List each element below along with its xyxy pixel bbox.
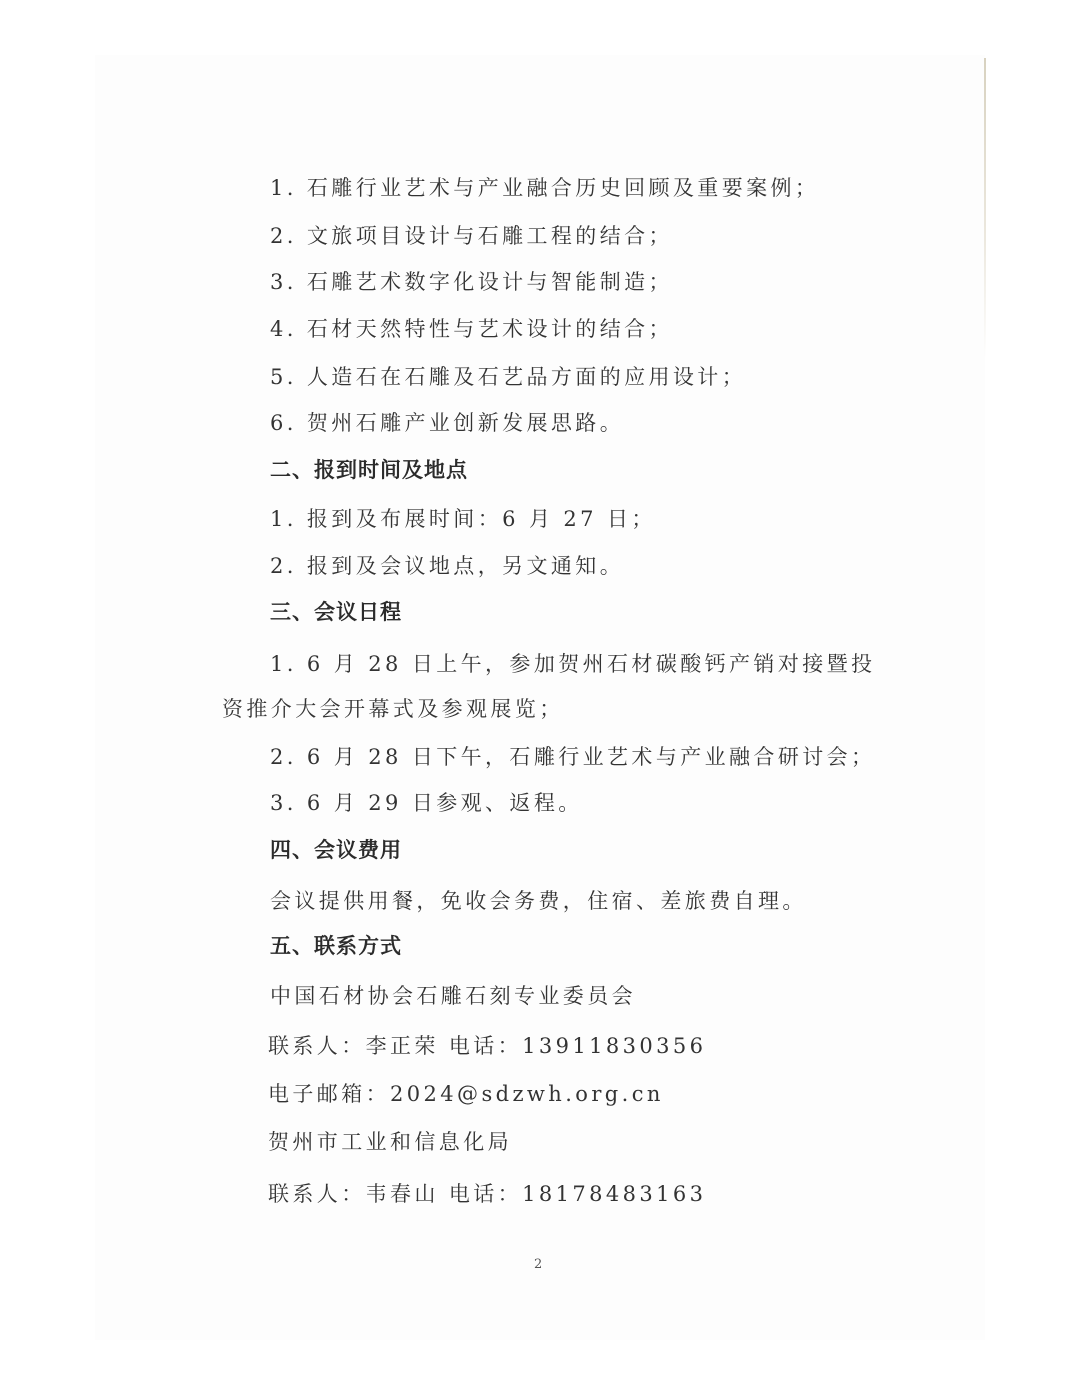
page-edge-line bbox=[984, 58, 986, 358]
topic-item-1: 1. 石雕行业艺术与产业融合历史回顾及重要案例； bbox=[270, 174, 819, 202]
topic-item-3: 3. 石雕艺术数字化设计与智能制造； bbox=[270, 268, 673, 296]
topic-item-2: 2. 文旅项目设计与石雕工程的结合； bbox=[270, 222, 673, 250]
registration-item-1: 1. 报到及布展时间：6 月 27 日； bbox=[270, 505, 656, 533]
schedule-item-3: 3. 6 月 29 日参观、返程。 bbox=[270, 789, 583, 817]
contact-person-2: 联系人：韦春山 电话：18178483163 bbox=[268, 1180, 706, 1208]
page-number: 2 bbox=[534, 1257, 542, 1272]
contact-email: 电子邮箱：2024@sdzwh.org.cn bbox=[268, 1080, 664, 1108]
fees-text: 会议提供用餐，免收会务费，住宿、差旅费自理。 bbox=[270, 887, 807, 915]
section-heading-registration: 二、报到时间及地点 bbox=[270, 456, 468, 484]
section-heading-contact: 五、联系方式 bbox=[270, 932, 402, 960]
section-heading-schedule: 三、会议日程 bbox=[270, 598, 402, 626]
contact-person-1: 联系人：李正荣 电话：13911830356 bbox=[268, 1032, 706, 1060]
topic-item-5: 5. 人造石在石雕及石艺品方面的应用设计； bbox=[270, 363, 746, 391]
schedule-item-1-continued: 资推介大会开幕式及参观展览； bbox=[222, 695, 564, 723]
contact-org-2: 贺州市工业和信息化局 bbox=[268, 1128, 512, 1156]
contact-org-1: 中国石材协会石雕石刻专业委员会 bbox=[270, 982, 636, 1010]
topic-item-4: 4. 石材天然特性与艺术设计的结合； bbox=[270, 315, 673, 343]
schedule-item-1: 1. 6 月 28 日上午，参加贺州石材碳酸钙产销对接暨投 bbox=[270, 650, 875, 678]
section-heading-fees: 四、会议费用 bbox=[270, 836, 402, 864]
schedule-item-2: 2. 6 月 28 日下午，石雕行业艺术与产业融合研讨会； bbox=[270, 743, 875, 771]
topic-item-6: 6. 贺州石雕产业创新发展思路。 bbox=[270, 409, 624, 437]
registration-item-2: 2. 报到及会议地点，另文通知。 bbox=[270, 552, 624, 580]
